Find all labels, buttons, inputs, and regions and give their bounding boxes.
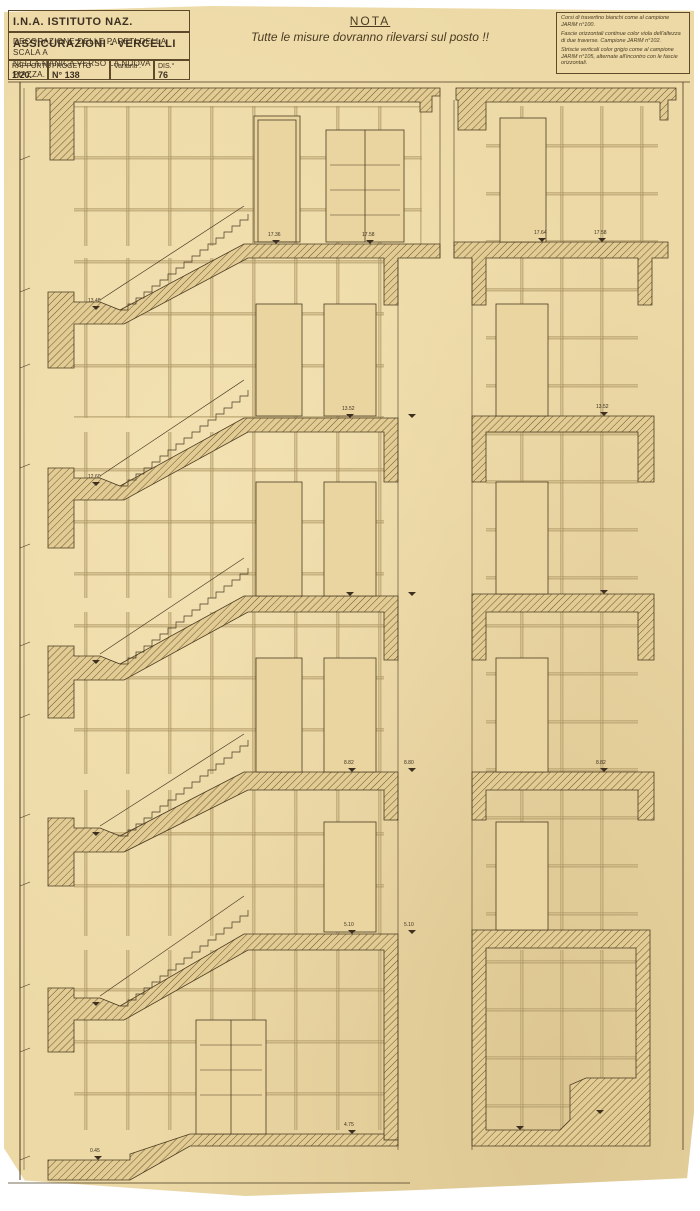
- nota-heading: NOTA: [200, 14, 540, 28]
- level-mark: 4.75: [344, 1122, 354, 1128]
- drawing-sheet: I.N.A. ISTITUTO NAZ. ASSICURAZIONI - VER…: [0, 0, 700, 1211]
- material-note-3: Striscie verticali color grigio come al …: [561, 47, 685, 67]
- drawing-number: 76: [158, 71, 186, 80]
- title-block-institution: I.N.A. ISTITUTO NAZ. ASSICURAZIONI - VER…: [8, 10, 190, 32]
- material-note-2: Fascie orizzontali continue color viola …: [561, 31, 685, 44]
- variants-cell: Varianti :: [110, 60, 154, 80]
- level-mark: 8.80: [404, 760, 414, 766]
- variants-label: Varianti :: [114, 63, 141, 70]
- level-mark: 5.10: [404, 922, 414, 928]
- project-value: N° 138: [52, 71, 106, 80]
- level-mark: 17.58: [362, 232, 375, 238]
- material-notes-box: Corsi di travertino bianchi come al camp…: [556, 12, 690, 74]
- project-label: PROGETTO: [52, 63, 91, 70]
- subject-line-1: DECORAZIONE DELLE PARETI DELLA SCALA A: [13, 36, 185, 58]
- scale-label: RAPPORTO: [12, 63, 51, 70]
- scale-cell: RAPPORTO 1/20.: [8, 60, 48, 80]
- level-mark: 17.36: [268, 232, 281, 238]
- staircase-elevation-drawing: [0, 0, 700, 1211]
- drawing-label: DIS.°: [158, 63, 174, 70]
- level-mark: 12.60: [88, 474, 101, 480]
- level-mark: 0.45: [90, 1148, 100, 1154]
- material-note-1: Corsi di travertino bianchi come al camp…: [561, 15, 685, 28]
- level-mark: 13.52: [342, 406, 355, 412]
- level-mark: 17.58: [594, 230, 607, 236]
- level-mark: 17.64: [534, 230, 547, 236]
- level-mark: 13.52: [596, 404, 609, 410]
- nota-text: Tutte le misure dovranno rilevarsi sul p…: [200, 30, 540, 44]
- project-cell: PROGETTO N° 138: [48, 60, 110, 80]
- nota-section: NOTA Tutte le misure dovranno rilevarsi …: [200, 14, 540, 44]
- level-mark: 8.82: [596, 760, 606, 766]
- drawing-number-cell: DIS.° 76: [154, 60, 190, 80]
- level-mark: 8.82: [344, 760, 354, 766]
- level-mark: 5.10: [344, 922, 354, 928]
- level-mark: 13.48: [88, 298, 101, 304]
- title-block-subject: DECORAZIONE DELLE PARETI DELLA SCALA A N…: [8, 32, 190, 60]
- scale-value: 1/20.: [12, 71, 44, 80]
